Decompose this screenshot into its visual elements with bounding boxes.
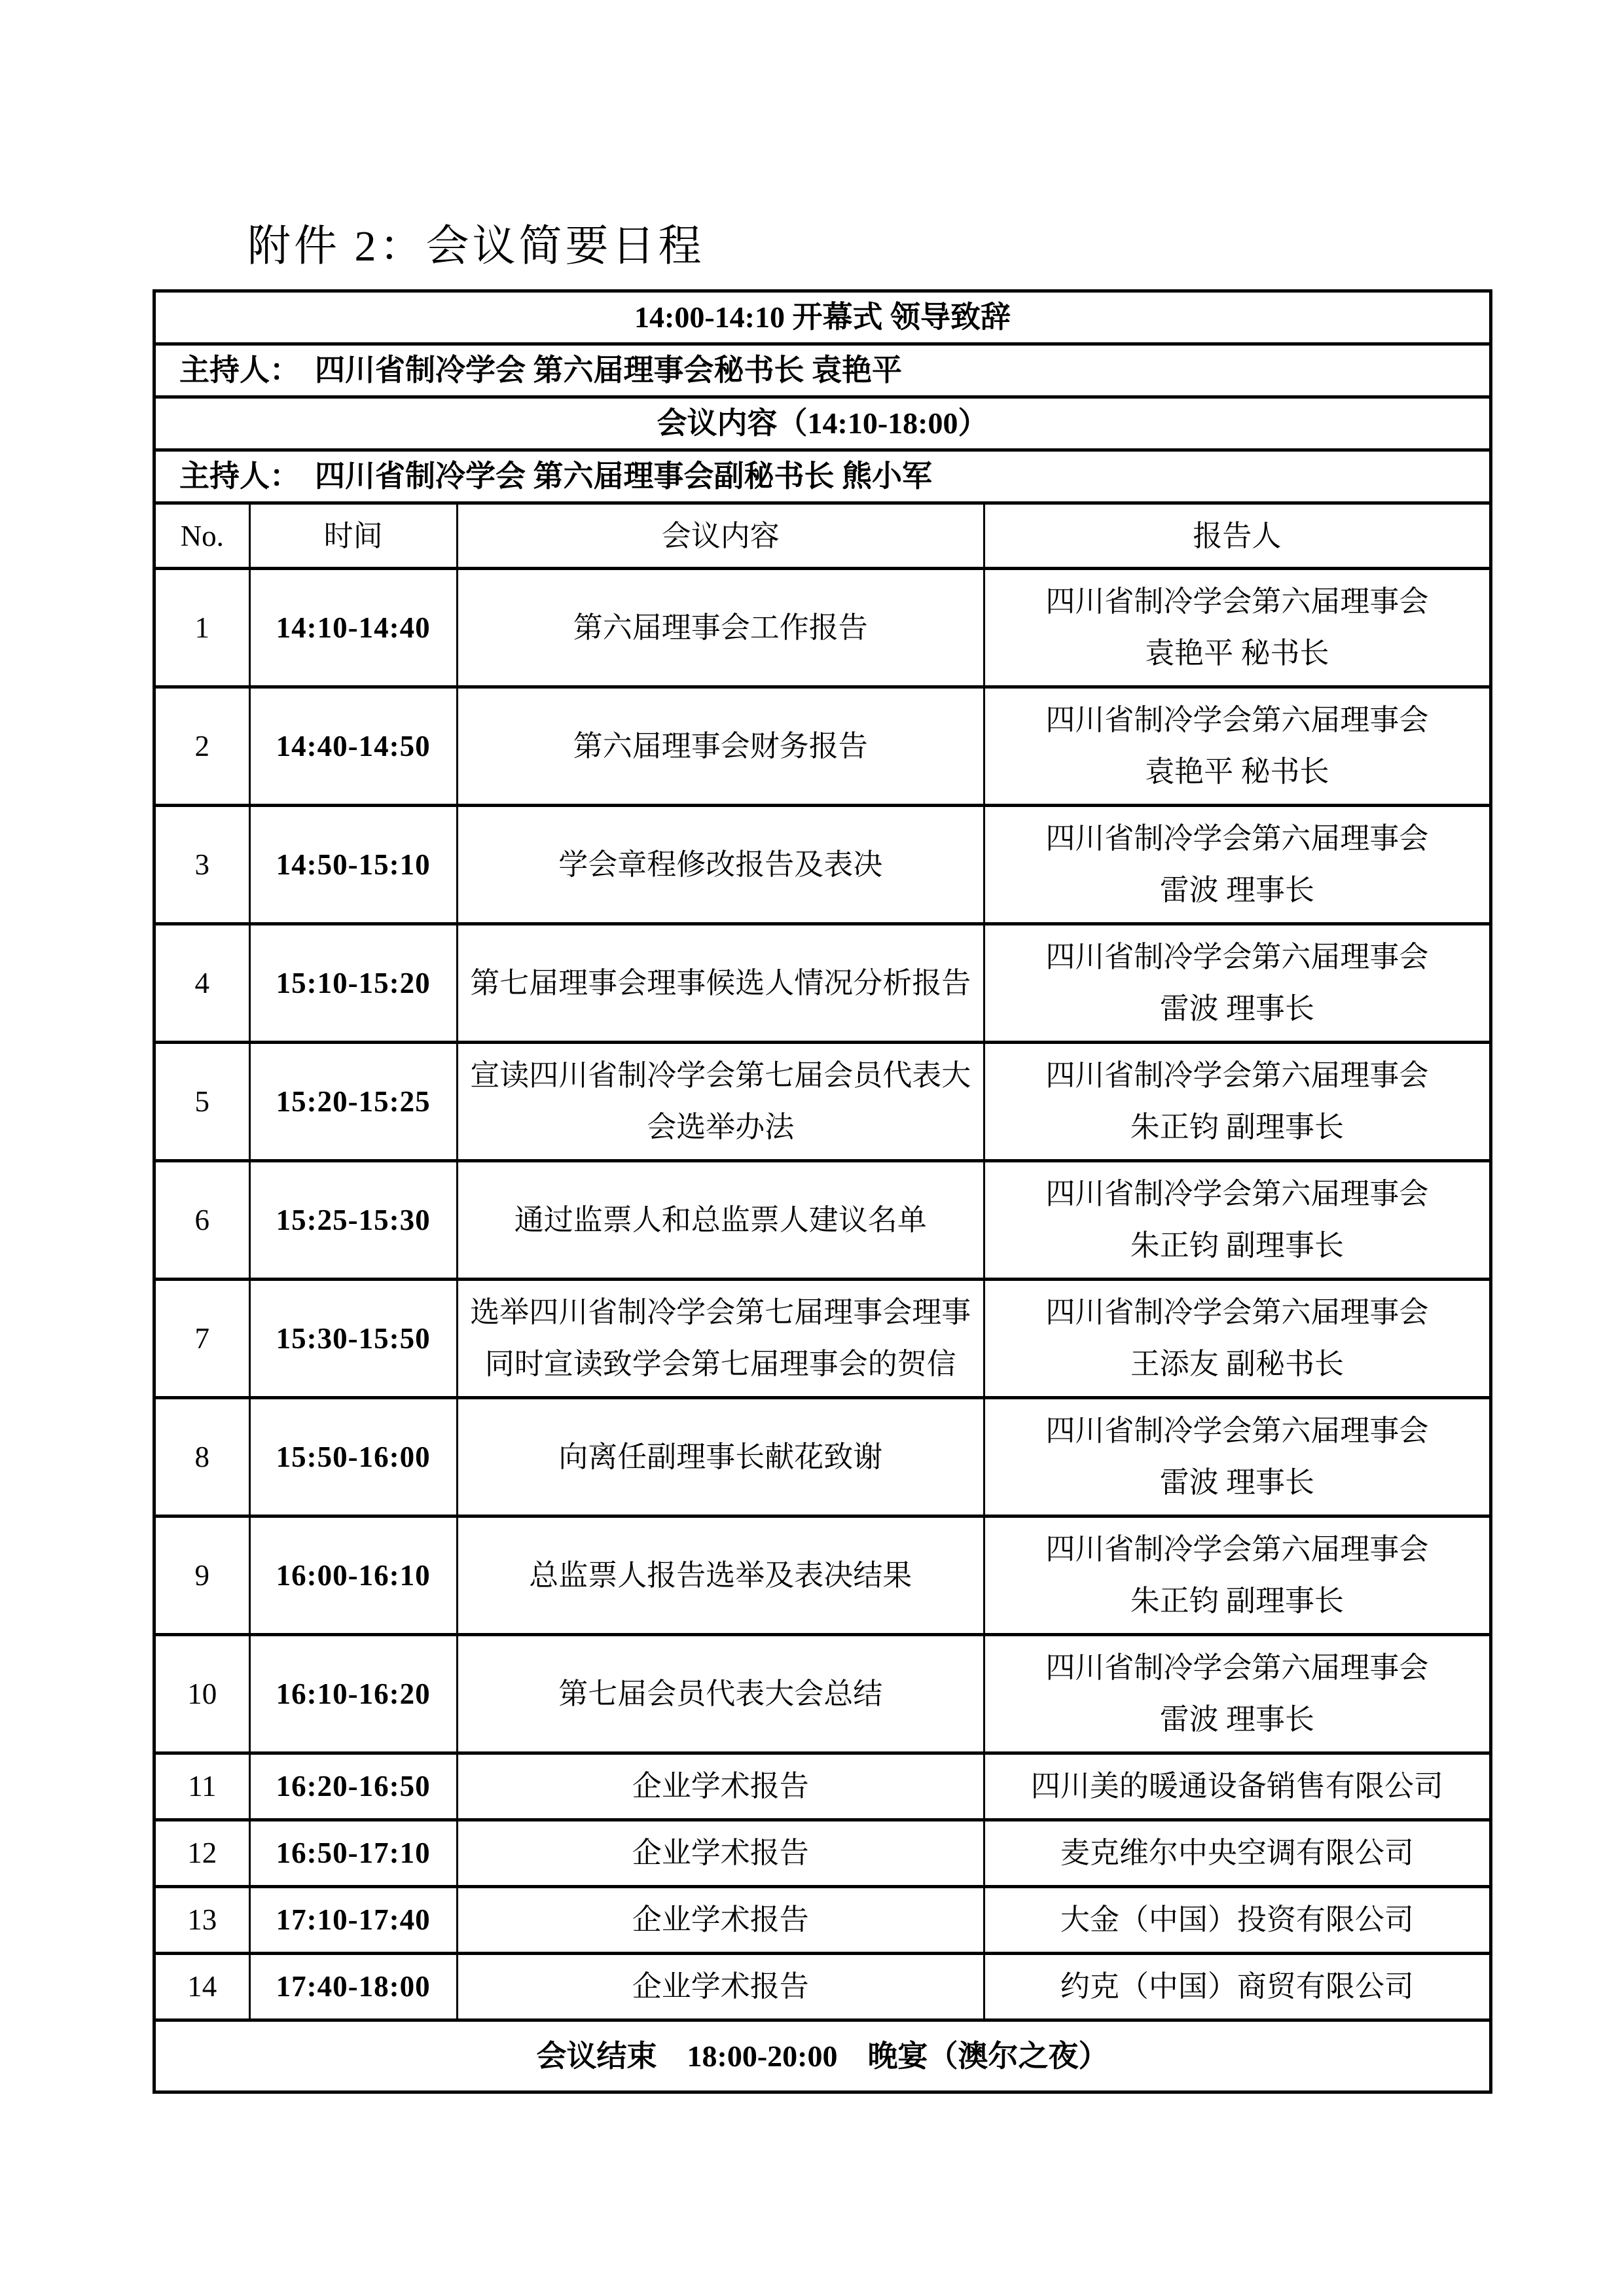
opening-ceremony-text: 14:00-14:10 开幕式 领导致辞 — [154, 291, 1491, 344]
agenda-row-content: 企业学术报告 — [457, 1887, 984, 1954]
agenda-row-number: 11 — [154, 1753, 250, 1820]
agenda-row-number: 13 — [154, 1887, 250, 1954]
agenda-row-reporter: 四川省制冷学会第六届理事会 王添友 副秘书长 — [984, 1280, 1490, 1398]
agenda-row-content: 通过监票人和总监票人建议名单 — [457, 1161, 984, 1280]
agenda-row-content: 第七届会员代表大会总结 — [457, 1635, 984, 1753]
agenda-row-content: 向离任副理事长献花致谢 — [457, 1398, 984, 1516]
agenda-row: 1 14:10-14:40 第六届理事会工作报告 四川省制冷学会第六届理事会 袁… — [154, 569, 1491, 687]
agenda-row: 8 15:50-16:00 向离任副理事长献花致谢 四川省制冷学会第六届理事会 … — [154, 1398, 1491, 1516]
agenda-table: 14:00-14:10 开幕式 领导致辞 主持人： 四川省制冷学会 第六届理事会… — [153, 289, 1492, 2094]
agenda-row-content: 总监票人报告选举及表决结果 — [457, 1516, 984, 1635]
agenda-row-number: 10 — [154, 1635, 250, 1753]
agenda-row: 4 15:10-15:20 第七届理事会理事候选人情况分析报告 四川省制冷学会第… — [154, 924, 1491, 1043]
agenda-row-time: 16:50-17:10 — [249, 1820, 457, 1887]
agenda-row: 11 16:20-16:50 企业学术报告 四川美的暖通设备销售有限公司 — [154, 1753, 1491, 1820]
agenda-row: 5 15:20-15:25 宣读四川省制冷学会第七届会员代表大 会选举办法 四川… — [154, 1043, 1491, 1161]
agenda-row-content: 企业学术报告 — [457, 1954, 984, 2020]
agenda-row: 2 14:40-14:50 第六届理事会财务报告 四川省制冷学会第六届理事会 袁… — [154, 687, 1491, 806]
agenda-row: 7 15:30-15:50 选举四川省制冷学会第七届理事会理事 同时宣读致学会第… — [154, 1280, 1491, 1398]
agenda-row: 12 16:50-17:10 企业学术报告 麦克维尔中央空调有限公司 — [154, 1820, 1491, 1887]
agenda-row-time: 16:10-16:20 — [249, 1635, 457, 1753]
host-second-text: 主持人： 四川省制冷学会 第六届理事会副秘书长 熊小军 — [154, 450, 1491, 503]
agenda-row-reporter: 四川省制冷学会第六届理事会 雷波 理事长 — [984, 806, 1490, 924]
agenda-row-reporter: 约克（中国）商贸有限公司 — [984, 1954, 1490, 2020]
session-content-title-row: 会议内容（14:10-18:00） — [154, 397, 1491, 450]
agenda-row: 13 17:10-17:40 企业学术报告 大金（中国）投资有限公司 — [154, 1887, 1491, 1954]
agenda-row-time: 16:00-16:10 — [249, 1516, 457, 1635]
host-row-first: 主持人： 四川省制冷学会 第六届理事会秘书长 袁艳平 — [154, 344, 1491, 397]
agenda-table-body: 14:00-14:10 开幕式 领导致辞 主持人： 四川省制冷学会 第六届理事会… — [154, 291, 1491, 2092]
agenda-row-time: 17:40-18:00 — [249, 1954, 457, 2020]
agenda-row-reporter: 四川省制冷学会第六届理事会 袁艳平 秘书长 — [984, 687, 1490, 806]
agenda-row-reporter: 四川省制冷学会第六届理事会 朱正钧 副理事长 — [984, 1516, 1490, 1635]
agenda-row-content: 企业学术报告 — [457, 1753, 984, 1820]
agenda-row-number: 14 — [154, 1954, 250, 2020]
agenda-row-reporter: 四川美的暖通设备销售有限公司 — [984, 1753, 1490, 1820]
agenda-row-number: 4 — [154, 924, 250, 1043]
agenda-row-content: 宣读四川省制冷学会第七届会员代表大 会选举办法 — [457, 1043, 984, 1161]
agenda-row-reporter: 四川省制冷学会第六届理事会 朱正钧 副理事长 — [984, 1043, 1490, 1161]
opening-ceremony-row: 14:00-14:10 开幕式 领导致辞 — [154, 291, 1491, 344]
session-content-title-text: 会议内容（14:10-18:00） — [154, 397, 1491, 450]
agenda-row-time: 14:10-14:40 — [249, 569, 457, 687]
agenda-row-content: 第七届理事会理事候选人情况分析报告 — [457, 924, 984, 1043]
agenda-row-reporter: 四川省制冷学会第六届理事会 雷波 理事长 — [984, 1398, 1490, 1516]
agenda-row-reporter: 四川省制冷学会第六届理事会 袁艳平 秘书长 — [984, 569, 1490, 687]
agenda-row-number: 9 — [154, 1516, 250, 1635]
agenda-row-time: 15:20-15:25 — [249, 1043, 457, 1161]
agenda-row-number: 5 — [154, 1043, 250, 1161]
agenda-row-reporter: 大金（中国）投资有限公司 — [984, 1887, 1490, 1954]
agenda-row-reporter: 四川省制冷学会第六届理事会 雷波 理事长 — [984, 1635, 1490, 1753]
agenda-row-content: 第六届理事会工作报告 — [457, 569, 984, 687]
column-header-row: No. 时间 会议内容 报告人 — [154, 503, 1491, 569]
agenda-row-reporter: 四川省制冷学会第六届理事会 雷波 理事长 — [984, 924, 1490, 1043]
agenda-row: 10 16:10-16:20 第七届会员代表大会总结 四川省制冷学会第六届理事会… — [154, 1635, 1491, 1753]
agenda-row-content: 学会章程修改报告及表决 — [457, 806, 984, 924]
agenda-row: 9 16:00-16:10 总监票人报告选举及表决结果 四川省制冷学会第六届理事… — [154, 1516, 1491, 1635]
agenda-row-time: 15:25-15:30 — [249, 1161, 457, 1280]
agenda-row-number: 3 — [154, 806, 250, 924]
agenda-row-content: 第六届理事会财务报告 — [457, 687, 984, 806]
agenda-row-number: 12 — [154, 1820, 250, 1887]
agenda-row-time: 15:10-15:20 — [249, 924, 457, 1043]
closing-row: 会议结束 18:00-20:00 晚宴（澳尔之夜） — [154, 2020, 1491, 2092]
column-header-no: No. — [154, 503, 250, 569]
column-header-reporter: 报告人 — [984, 503, 1490, 569]
agenda-row-number: 8 — [154, 1398, 250, 1516]
agenda-row: 3 14:50-15:10 学会章程修改报告及表决 四川省制冷学会第六届理事会 … — [154, 806, 1491, 924]
agenda-row-number: 7 — [154, 1280, 250, 1398]
host-first-text: 主持人： 四川省制冷学会 第六届理事会秘书长 袁艳平 — [154, 344, 1491, 397]
agenda-row: 6 15:25-15:30 通过监票人和总监票人建议名单 四川省制冷学会第六届理… — [154, 1161, 1491, 1280]
page-title: 附件 2：会议简要日程 — [247, 211, 705, 273]
agenda-row-time: 14:40-14:50 — [249, 687, 457, 806]
host-row-second: 主持人： 四川省制冷学会 第六届理事会副秘书长 熊小军 — [154, 450, 1491, 503]
agenda-row-number: 6 — [154, 1161, 250, 1280]
agenda-row-time: 14:50-15:10 — [249, 806, 457, 924]
closing-text: 会议结束 18:00-20:00 晚宴（澳尔之夜） — [154, 2020, 1491, 2092]
agenda-row-content: 企业学术报告 — [457, 1820, 984, 1887]
document-page: 附件 2：会议简要日程 14:00-14:10 开幕式 领导致辞 主持人： 四川… — [0, 0, 1624, 2296]
column-header-time: 时间 — [249, 503, 457, 569]
agenda-row-content: 选举四川省制冷学会第七届理事会理事 同时宣读致学会第七届理事会的贺信 — [457, 1280, 984, 1398]
agenda-row: 14 17:40-18:00 企业学术报告 约克（中国）商贸有限公司 — [154, 1954, 1491, 2020]
agenda-row-number: 1 — [154, 569, 250, 687]
agenda-row-reporter: 麦克维尔中央空调有限公司 — [984, 1820, 1490, 1887]
agenda-row-reporter: 四川省制冷学会第六届理事会 朱正钧 副理事长 — [984, 1161, 1490, 1280]
column-header-content: 会议内容 — [457, 503, 984, 569]
agenda-row-number: 2 — [154, 687, 250, 806]
agenda-row-time: 17:10-17:40 — [249, 1887, 457, 1954]
agenda-row-time: 16:20-16:50 — [249, 1753, 457, 1820]
agenda-row-time: 15:50-16:00 — [249, 1398, 457, 1516]
agenda-row-time: 15:30-15:50 — [249, 1280, 457, 1398]
